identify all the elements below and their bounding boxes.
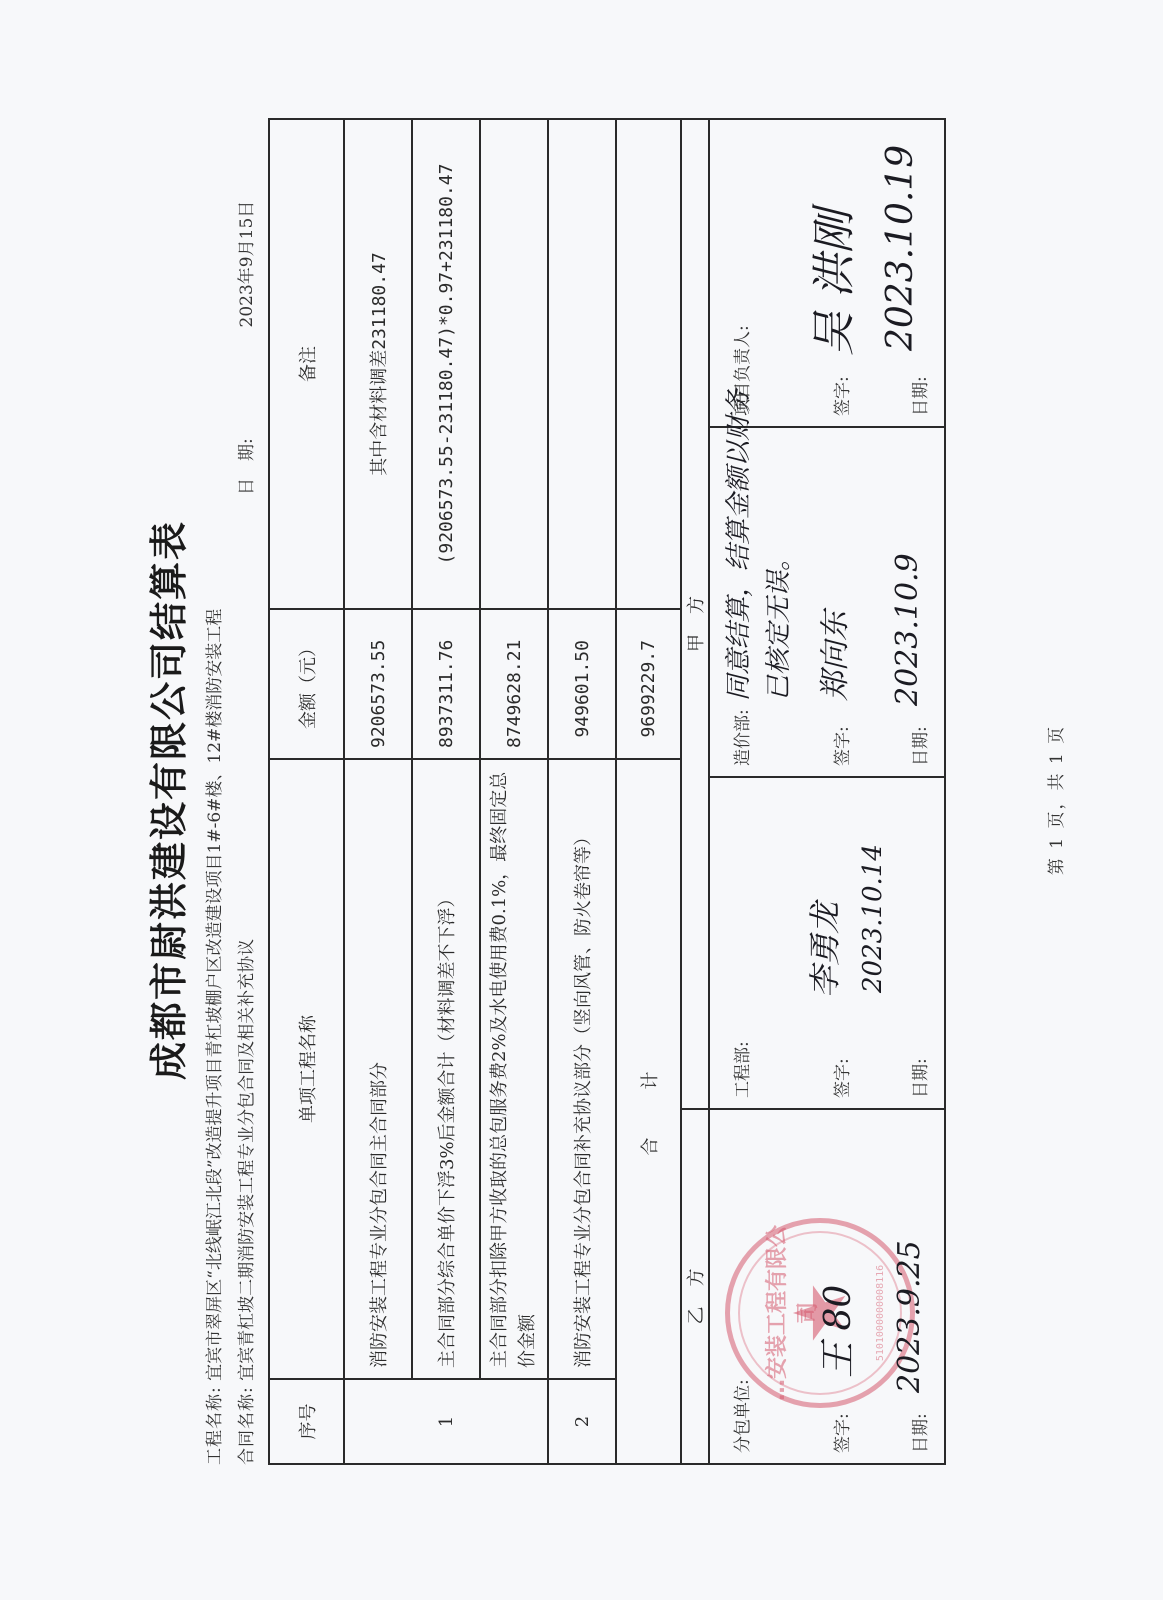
row-item: 主合同部分综合单价下浮3%后金额合计（材料调差不下浮） [412,759,480,1379]
contract-name-value: 宜宾青杠坡二期消防安装工程专业分包合同及相关补充协议 [237,939,257,1381]
engineering-dept-block: 工程部: 签字: 日期: 李勇龙 2023.10.14 [710,776,944,1108]
cost-sign-label: 签字: [828,726,853,766]
subcontractor-unit-label: 分包单位: [728,1379,753,1453]
project-manager-sign-label: 签字: [828,376,853,416]
subcontractor-signed-date: 2023.9.25 [892,1240,927,1393]
engineering-signature: 李勇龙 [800,902,846,998]
cost-dept-comment-line2: 已核定无误。 [758,545,795,701]
subcontractor-signature: 王 80 [810,1285,861,1378]
row-amount: 949601.50 [548,609,616,759]
engineering-signed-date: 2023.10.14 [858,844,888,993]
page-footer: 第 1 页，共 1 页 [1042,0,1067,1600]
project-name-value: 宜宾市翠屏区“北线岷江北段”改造提升项目青杠坡棚户区改造建设项目1#-6#楼、1… [205,609,225,1381]
total-remark [616,119,681,609]
signature-row: 分包单位: 签字: 日期: …安装工程有限公司 ★ 51010000000081… [709,119,945,1464]
row-remark [480,119,548,609]
row-item: 消防安装工程专业分包合同补充协议部分（竖向风管、防火卷帘等） [548,759,616,1379]
table-row: 2 消防安装工程专业分包合同补充协议部分（竖向风管、防火卷帘等） 949601.… [548,119,616,1464]
date-label: 日 期: [237,438,257,495]
row-seq: 2 [548,1379,616,1464]
engineering-date-label: 日期: [906,1058,931,1098]
table-row: 主合同部分扣除甲方收取的总包服务费2%及水电使用费0.1%，最终固定总价金额 8… [480,119,548,1464]
header-remark: 备注 [269,119,344,609]
row-remark: 其中含材料调差231180.47 [344,119,412,609]
engineering-sign-label: 签字: [828,1058,853,1098]
header-amount: 金额（元） [269,609,344,759]
subcontractor-sign-block: 分包单位: 签字: 日期: …安装工程有限公司 ★ 51010000000081… [709,1109,945,1464]
contract-name-label: 合同名称: [237,1386,257,1465]
row-amount: 8937311.76 [412,609,480,759]
party-a-sign-block: 工程部: 签字: 日期: 李勇龙 2023.10.14 造价部: 同意结算，结算… [709,119,945,1109]
date-value: 2023年9月15日 [237,201,257,328]
project-manager-signature: 吴 洪刚 [798,210,862,356]
project-manager-block: 项目负责人: 签字: 吴 洪刚 日期: 2023.10.19 [710,120,944,426]
row-remark [548,119,616,609]
document-title: 成都市尉洪建设有限公司结算表 [138,0,193,1600]
cost-dept-block: 造价部: 同意结算，结算金额以财务 已核定无误。 签字: 郑向东 日期: 202… [710,426,944,776]
header-seq: 序号 [269,1379,344,1464]
party-b-header: 乙方 [681,1109,709,1464]
total-label: 合 计 [616,759,681,1464]
cost-dept-comment-line1: 同意结算，结算金额以财务 [718,389,755,701]
contract-name-line: 合同名称: 宜宾青杠坡二期消防安装工程专业分包合同及相关补充协议 [232,939,257,1465]
party-a-header: 甲方 [681,119,709,1109]
table-row: 主合同部分综合单价下浮3%后金额合计（材料调差不下浮） 8937311.76 (… [412,119,480,1464]
project-manager-signed-date: 2023.10.19 [880,145,921,351]
subcontractor-date-label: 日期: [906,1413,931,1453]
row-amount: 8749628.21 [480,609,548,759]
total-row: 合 计 9699229.7 [616,119,681,1464]
engineering-dept-label: 工程部: [728,1041,753,1098]
seal-code: 5101000000008116 [875,1223,886,1403]
cost-dept-label: 造价部: [728,709,753,766]
cost-date-label: 日期: [906,726,931,766]
project-name-line: 工程名称: 宜宾市翠屏区“北线岷江北段”改造提升项目青杠坡棚户区改造建设项目1#… [200,609,225,1465]
settlement-table: 序号 单项工程名称 金额（元） 备注 1 消防安装工程专业分包合同主合同部分 9… [268,118,946,1465]
project-manager-label: 项目负责人: [728,325,753,416]
settlement-document: 成都市尉洪建设有限公司结算表 工程名称: 宜宾市翠屏区“北线岷江北段”改造提升项… [0,0,1163,1600]
project-name-label: 工程名称: [205,1386,225,1465]
cost-signed-date: 2023.10.9 [890,553,925,706]
date-line: 日 期: 2023年9月15日 [232,201,257,495]
cost-signature: 郑向东 [810,611,854,701]
row-amount: 9206573.55 [344,609,412,759]
table-row: 1 消防安装工程专业分包合同主合同部分 9206573.55 其中含材料调差23… [344,119,412,1464]
row-remark: (9206573.55-231180.47)*0.97+231180.47 [412,119,480,609]
header-item: 单项工程名称 [269,759,344,1379]
project-manager-date-label: 日期: [906,376,931,416]
subcontractor-sign-label: 签字: [828,1413,853,1453]
party-header-row: 乙方 甲方 [681,119,709,1464]
total-amount: 9699229.7 [616,609,681,759]
table-header-row: 序号 单项工程名称 金额（元） 备注 [269,119,344,1464]
row-item: 主合同部分扣除甲方收取的总包服务费2%及水电使用费0.1%，最终固定总价金额 [480,759,548,1379]
row-seq: 1 [344,1379,548,1464]
row-item: 消防安装工程专业分包合同主合同部分 [344,759,412,1379]
